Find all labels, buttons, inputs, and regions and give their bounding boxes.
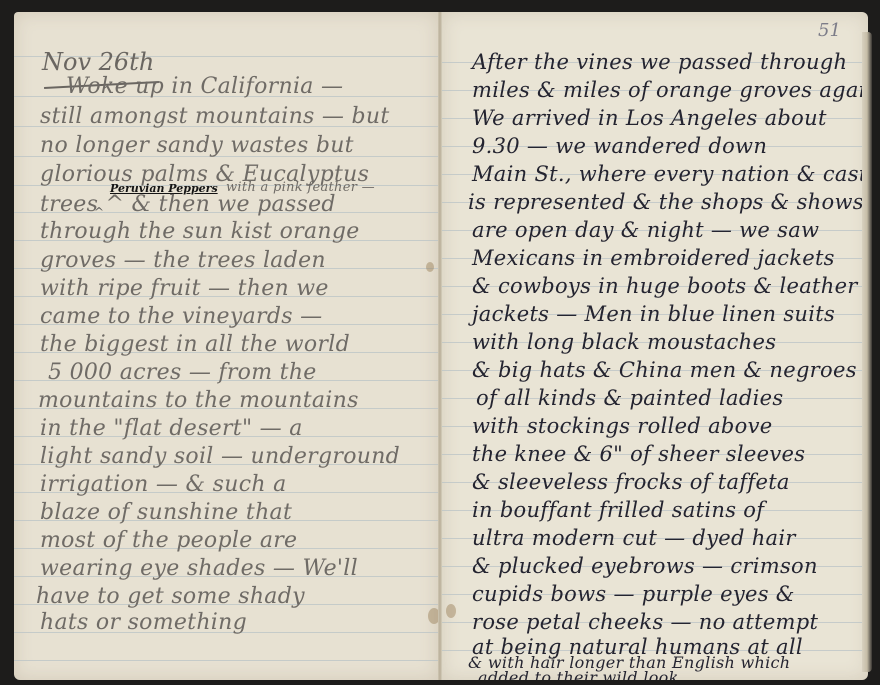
handwritten-line: light sandy soil — underground — [40, 444, 400, 469]
handwritten-line: came to the vineyards — — [40, 304, 322, 329]
handwritten-line: Mexicans in embroidered jackets — [472, 246, 835, 270]
handwritten-line: no longer sandy wastes but — [40, 133, 354, 158]
handwritten-line: of all kinds & painted ladies — [476, 386, 783, 410]
handwritten-line: in bouffant frilled satins of — [472, 498, 764, 522]
handwritten-line: trees ^ & then we passed — [40, 192, 336, 217]
handwritten-line: hats or something — [40, 610, 247, 635]
notebook-spread: Nov 26th Woke up in California — still a… — [10, 10, 872, 682]
handwritten-line: & cowboys in huge boots & leather — [472, 274, 858, 298]
handwritten-line: Woke up in California — — [66, 74, 343, 99]
handwritten-line: with long black moustaches — [472, 330, 776, 354]
handwritten-line: cupids bows — purple eyes & — [472, 582, 795, 606]
handwritten-line: have to get some shady — [36, 584, 305, 609]
rule-line — [14, 660, 438, 661]
paper-stain — [428, 608, 438, 624]
handwritten-line: the biggest in all the world — [40, 332, 350, 357]
handwritten-line: ultra modern cut — dyed hair — [472, 526, 796, 550]
handwritten-line: After the vines we passed through — [472, 50, 847, 74]
handwritten-line: added to their wild look — [478, 668, 679, 680]
handwritten-line: most of the people are — [40, 528, 297, 553]
handwritten-line: blaze of sunshine that — [40, 500, 292, 525]
handwritten-line: 5 000 acres — from the — [48, 360, 317, 385]
paper-stain — [426, 262, 434, 272]
handwritten-line: We arrived in Los Angeles about — [472, 106, 827, 130]
handwritten-line: the knee & 6" of sheer sleeves — [472, 442, 805, 466]
handwritten-line: & big hats & China men & negroes — [472, 358, 857, 382]
page-stack-edge — [862, 32, 872, 672]
page-number: 51 — [818, 20, 841, 41]
handwritten-line: & plucked eyebrows — crimson — [472, 554, 818, 578]
handwritten-line: are open day & night — we saw — [472, 218, 819, 242]
handwritten-line: Main St., where every nation & caste — [472, 162, 868, 186]
handwritten-line: still amongst mountains — but — [40, 104, 390, 129]
handwritten-line: & sleeveless frocks of taffeta — [472, 470, 790, 494]
handwritten-line: in the "flat desert" — a — [40, 416, 303, 441]
handwritten-line: irrigation — & such a — [40, 472, 287, 497]
handwritten-line: jackets — Men in blue linen suits — [472, 302, 835, 326]
handwritten-line: mountains to the mountains — [38, 388, 359, 413]
handwritten-line: rose petal cheeks — no attempt — [472, 610, 818, 634]
handwritten-line: with ripe fruit — then we — [40, 276, 329, 301]
right-page: 51 After the vines we passed through mil… — [442, 12, 868, 680]
handwritten-line: 9.30 — we wandered down — [472, 134, 767, 158]
left-page: Nov 26th Woke up in California — still a… — [14, 12, 438, 680]
handwritten-line: wearing eye shades — We'll — [40, 556, 358, 581]
handwritten-line: is represented & the shops & shows — [468, 190, 864, 214]
handwritten-line: miles & miles of orange groves again. — [472, 78, 868, 102]
handwritten-line: groves — the trees laden — [40, 248, 326, 273]
handwritten-line: through the sun kist orange — [40, 219, 360, 244]
paper-stain — [446, 604, 456, 618]
handwritten-line: with stockings rolled above — [472, 414, 772, 438]
entry-date: Nov 26th — [42, 48, 154, 76]
